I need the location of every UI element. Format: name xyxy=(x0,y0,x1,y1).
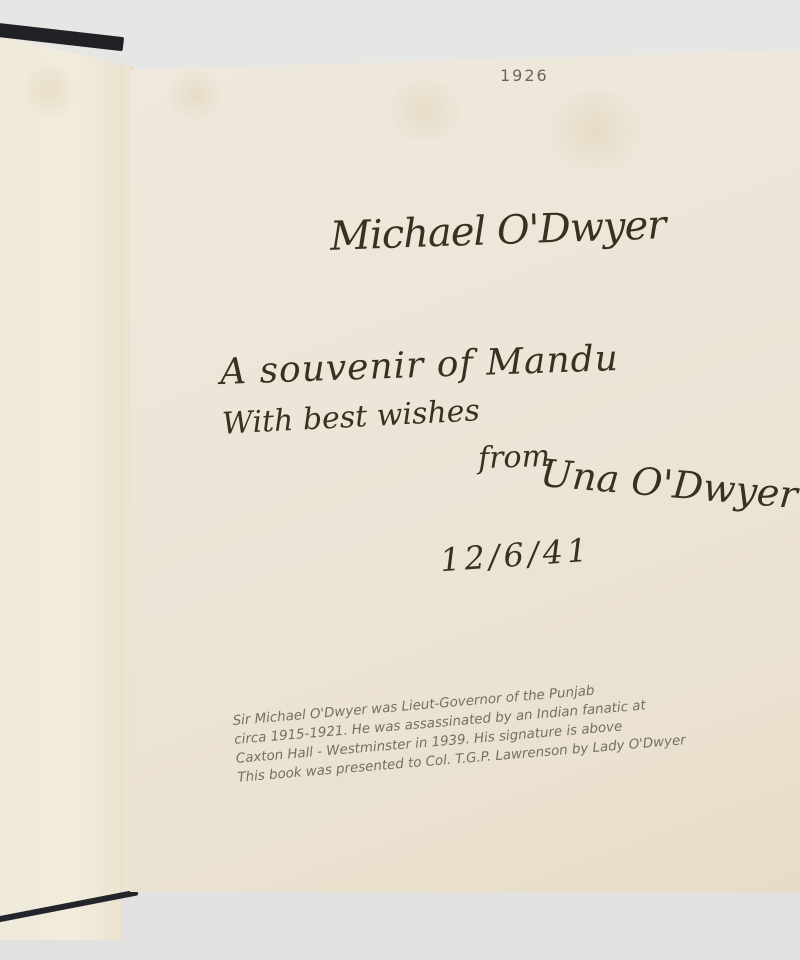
left-endpaper xyxy=(0,36,122,940)
foxing-stain xyxy=(160,70,230,120)
dedication-line: from xyxy=(477,439,550,476)
year-note: 1926 xyxy=(500,66,549,85)
foxing-stain xyxy=(380,80,470,140)
foxing-stain xyxy=(20,60,80,120)
foxing-stain xyxy=(540,90,650,170)
